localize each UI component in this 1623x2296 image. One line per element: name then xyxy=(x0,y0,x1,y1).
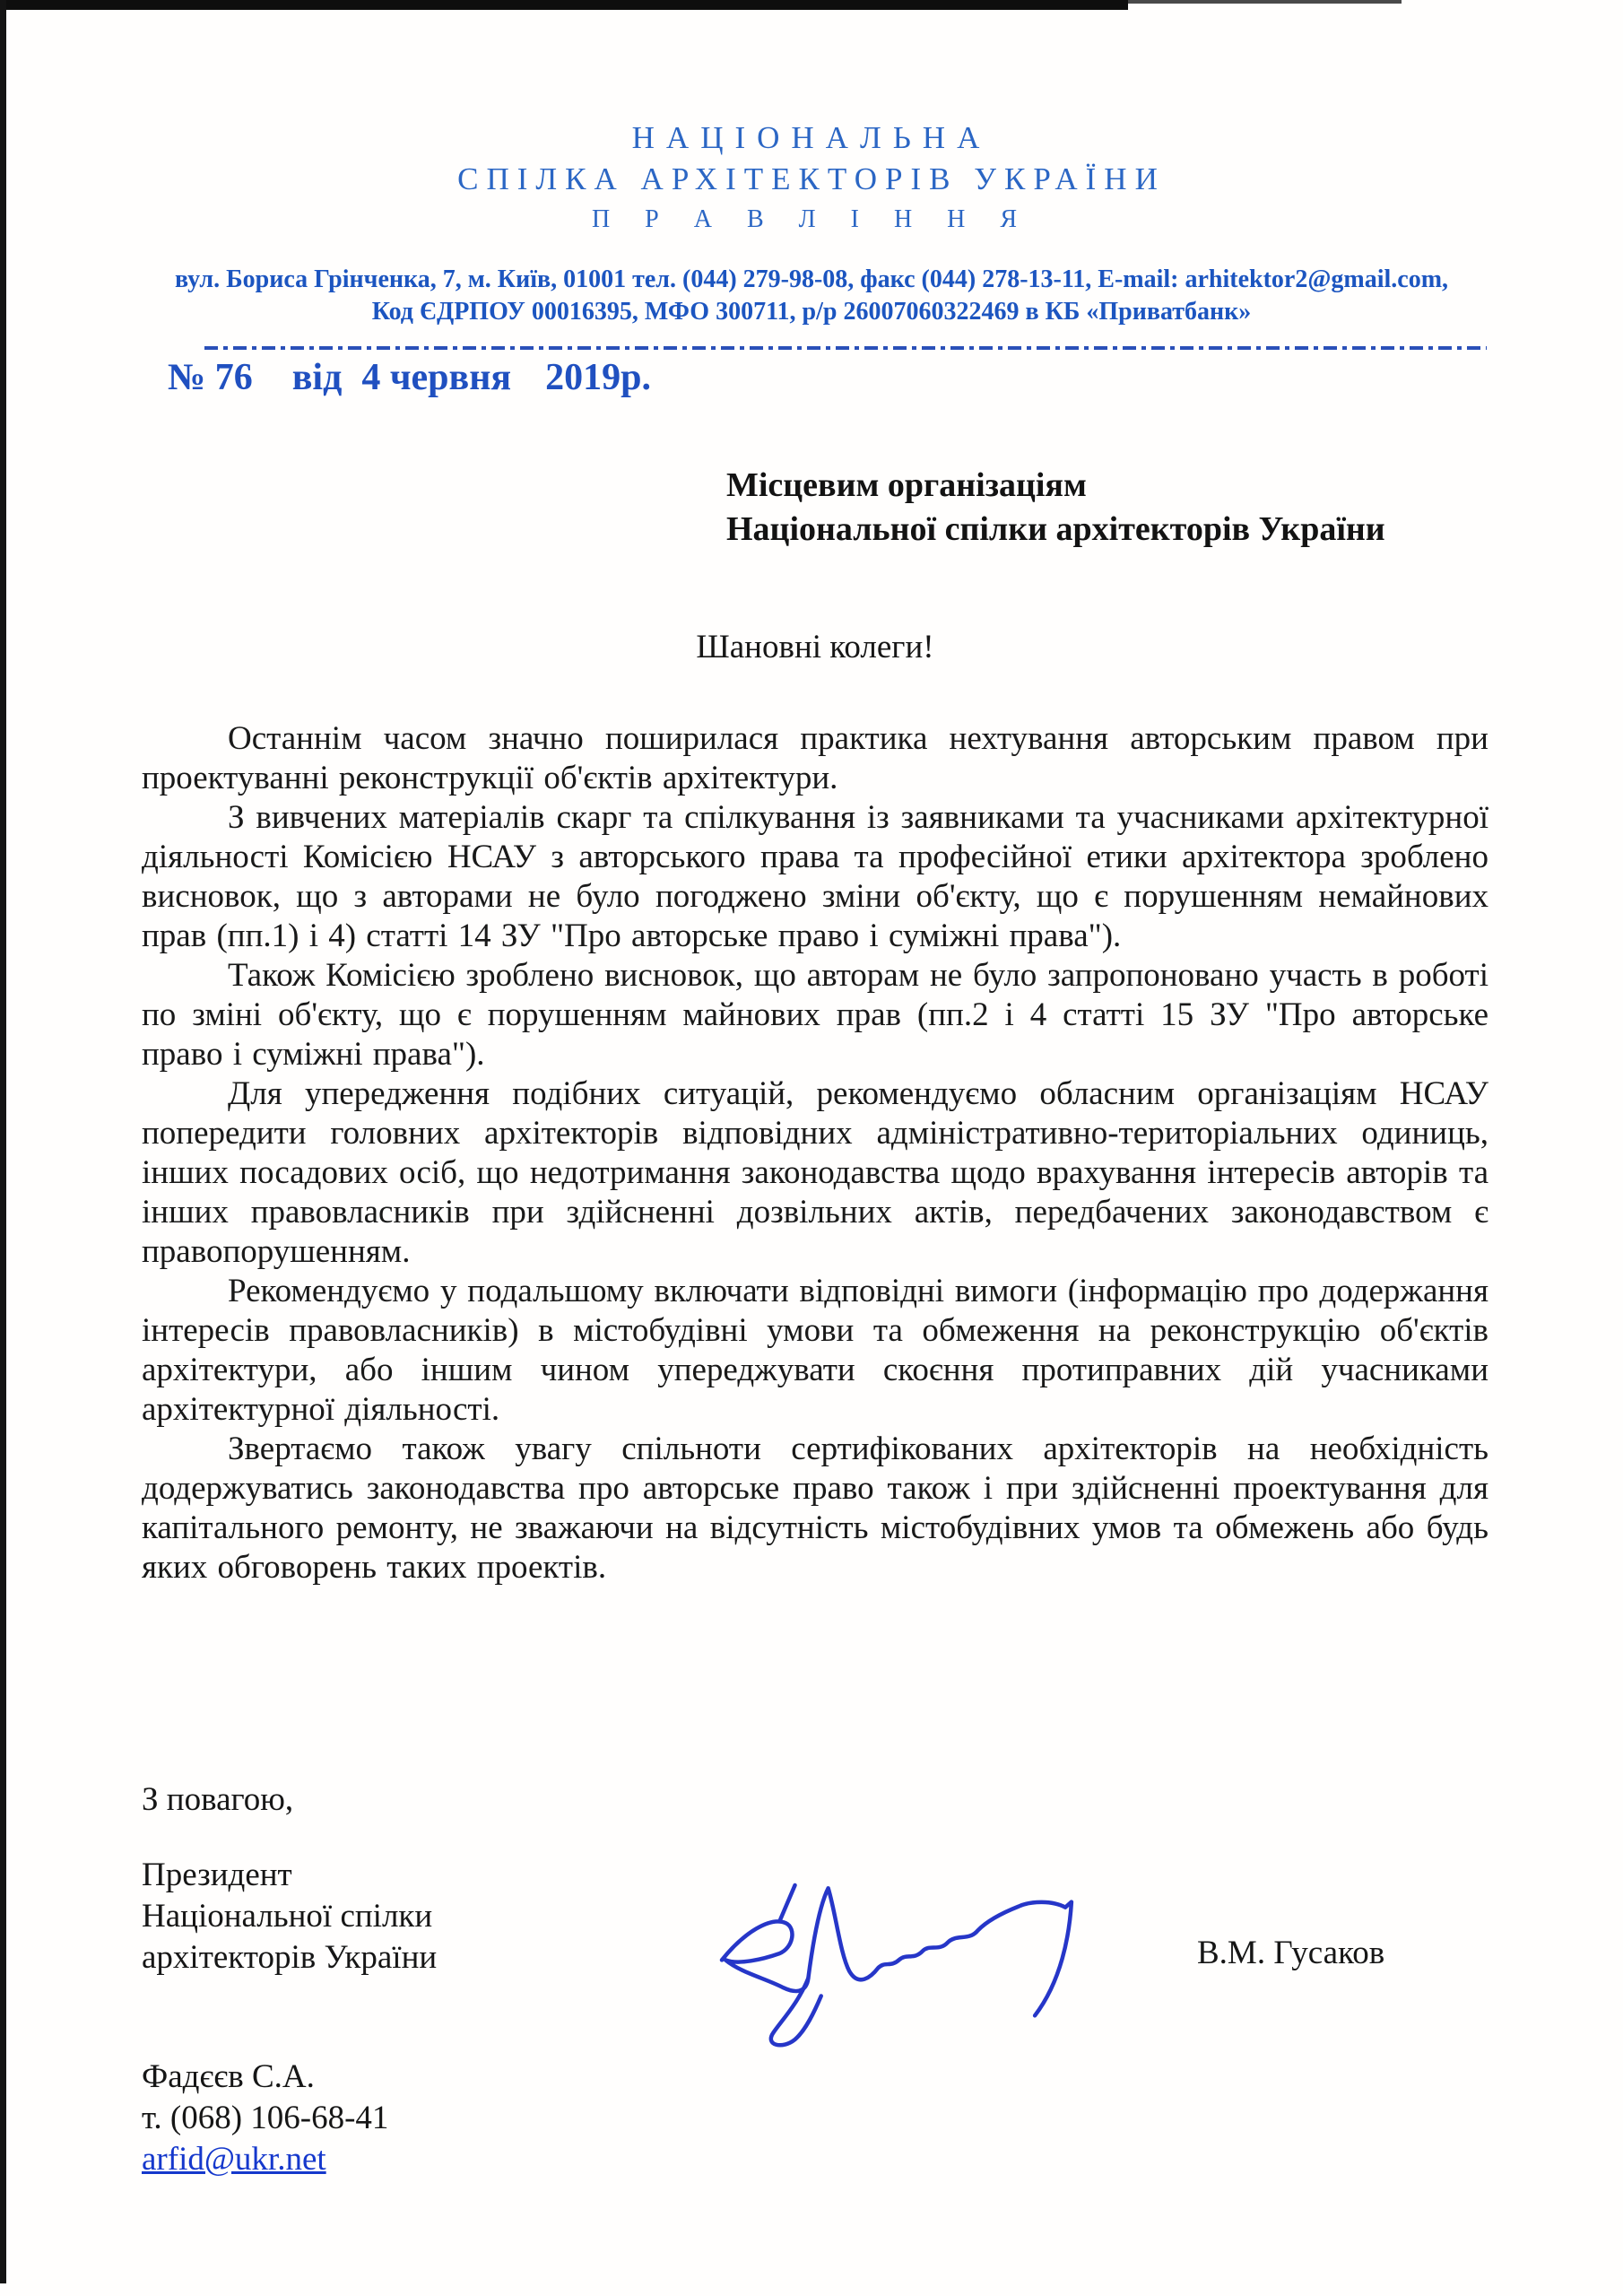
body-paragraph-3: Також Комісією зроблено висновок, що авт… xyxy=(142,956,1488,1074)
letterhead-address: вул. Бориса Грінченка, 7, м. Київ, 01001… xyxy=(0,264,1623,328)
signature-ink xyxy=(702,1864,1091,2054)
signer-title-line1: Президент xyxy=(142,1855,437,1896)
closing-regards: З повагою, xyxy=(142,1780,293,1819)
scan-artifact-top-bar-thin xyxy=(1128,0,1402,4)
contact-block: Фадєєв С.А. т. (068) 106-68-41 arfid@ukr… xyxy=(142,2057,388,2180)
ref-number: № 76 xyxy=(168,357,253,398)
body-paragraph-1: Останнім часом значно поширилася практик… xyxy=(142,719,1488,798)
signer-title-line3: архітекторів України xyxy=(142,1937,437,1979)
address-line2: Код ЄДРПОУ 00016395, МФО 300711, р/р 260… xyxy=(0,296,1623,328)
scanned-letter-page: НАЦІОНАЛЬНА СПІЛКА АРХІТЕКТОРІВ УКРАЇНИ … xyxy=(0,0,1623,2296)
reference-number-line: № 76від4 червня2019р. xyxy=(168,356,651,399)
contact-name: Фадєєв С.А. xyxy=(142,2057,388,2098)
ref-year: 2019р. xyxy=(545,357,651,398)
recipient-line1: Місцевим організаціям xyxy=(726,464,1385,508)
address-line1: вул. Бориса Грінченка, 7, м. Київ, 01001… xyxy=(0,264,1623,296)
scan-artifact-left-bar xyxy=(0,0,6,2283)
contact-email-link[interactable]: arfid@ukr.net xyxy=(142,2141,326,2178)
org-name-line2: СПІЛКА АРХІТЕКТОРІВ УКРАЇНИ xyxy=(0,159,1623,200)
recipient-block: Місцевим організаціям Національної спілк… xyxy=(726,464,1385,552)
letterhead-divider-dashed-rule xyxy=(204,346,1487,350)
signer-title-line2: Національної спілки xyxy=(142,1896,437,1937)
body-paragraph-2: З вивчених матеріалів скарг та спілкуван… xyxy=(142,798,1488,956)
org-name-line3: П Р А В Л І Н Н Я xyxy=(0,202,1623,238)
signer-title-block: Президент Національної спілки архітектор… xyxy=(142,1855,437,1979)
body-paragraph-6: Звертаємо також увагу спільноти сертифік… xyxy=(142,1430,1488,1587)
recipient-line2: Національної спілки архітекторів України xyxy=(726,508,1385,552)
body-paragraph-4: Для упередження подібних ситуацій, реком… xyxy=(142,1074,1488,1272)
signer-name: В.М. Гусаков xyxy=(1197,1934,1384,1972)
org-name-line1: НАЦІОНАЛЬНА xyxy=(0,117,1623,159)
scan-artifact-top-bar xyxy=(0,0,1128,10)
letterhead-org-name: НАЦІОНАЛЬНА СПІЛКА АРХІТЕКТОРІВ УКРАЇНИ … xyxy=(0,117,1623,238)
body-paragraph-5: Рекомендуємо у подальшому включати відпо… xyxy=(142,1272,1488,1430)
letter-body: Останнім часом значно поширилася практик… xyxy=(142,719,1488,1587)
salutation: Шановні колеги! xyxy=(142,628,1488,666)
ref-date: 4 червня xyxy=(361,357,511,398)
ref-prep: від xyxy=(292,357,343,398)
contact-phone: т. (068) 106-68-41 xyxy=(142,2098,388,2139)
